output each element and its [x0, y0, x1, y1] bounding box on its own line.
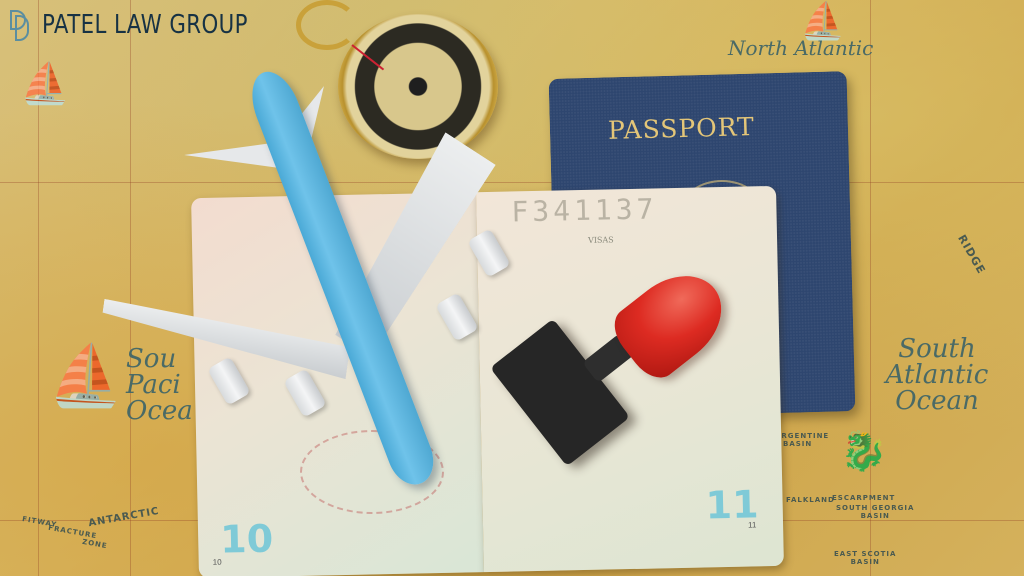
- map-label-south-georgia-basin: SOUTH GEORGIA BASIN: [836, 504, 914, 520]
- map-label-line: BASIN: [775, 440, 829, 448]
- map-label-escarpment: ESCARPMENT: [832, 494, 895, 502]
- map-label-line: Ocean: [872, 388, 1002, 414]
- page-number-right-small: 11: [748, 520, 756, 529]
- map-label-line: Ocea: [126, 398, 206, 424]
- map-label-argentine-basin: ARGENTINE BASIN: [775, 432, 829, 448]
- map-label-zone: ZONE: [82, 538, 109, 550]
- ship-illustration-icon: ⛵: [20, 60, 70, 107]
- map-label-antarctic: ANTARCTIC: [88, 506, 161, 529]
- map-gridline: [870, 0, 871, 576]
- company-name: PATEL LAW GROUP: [42, 10, 248, 40]
- map-gridline: [130, 0, 131, 576]
- background-photo: ⛵ ⛵ ⛵ 🐉 North Atlantic South Atlantic Oc…: [0, 0, 1024, 576]
- map-label-east-scotia-basin: EAST SCOTIA BASIN: [834, 550, 896, 566]
- map-label-line: South: [872, 336, 1002, 362]
- map-label-falkland: FALKLAND: [786, 496, 835, 504]
- map-label-ridge: RIDGE: [955, 233, 988, 277]
- map-label-south-atlantic: South Atlantic Ocean: [872, 336, 1002, 414]
- visas-label: VISAS: [588, 235, 614, 245]
- compass-icon: [338, 14, 498, 159]
- map-label-line: SOUTH GEORGIA: [836, 504, 914, 512]
- ship-illustration-icon: ⛵: [48, 340, 123, 411]
- map-label-line: BASIN: [834, 558, 896, 566]
- map-label-line: ARGENTINE: [775, 432, 829, 440]
- page-number-left-small: 10: [213, 558, 222, 567]
- perforated-number: F341137: [511, 192, 658, 228]
- compass-ring: [296, 0, 358, 50]
- map-label-line: Atlantic: [872, 362, 1002, 388]
- logo-mark-icon: [10, 10, 32, 40]
- map-label-line: BASIN: [836, 512, 914, 520]
- page-number-left-large: 10: [220, 517, 274, 562]
- passport-title: PASSPORT: [608, 112, 755, 145]
- sea-creature-illustration-icon: 🐉: [840, 430, 887, 474]
- map-label-north-atlantic: North Atlantic: [728, 36, 873, 60]
- map-label-line: EAST SCOTIA: [834, 550, 896, 558]
- company-logo[interactable]: PATEL LAW GROUP: [10, 10, 293, 40]
